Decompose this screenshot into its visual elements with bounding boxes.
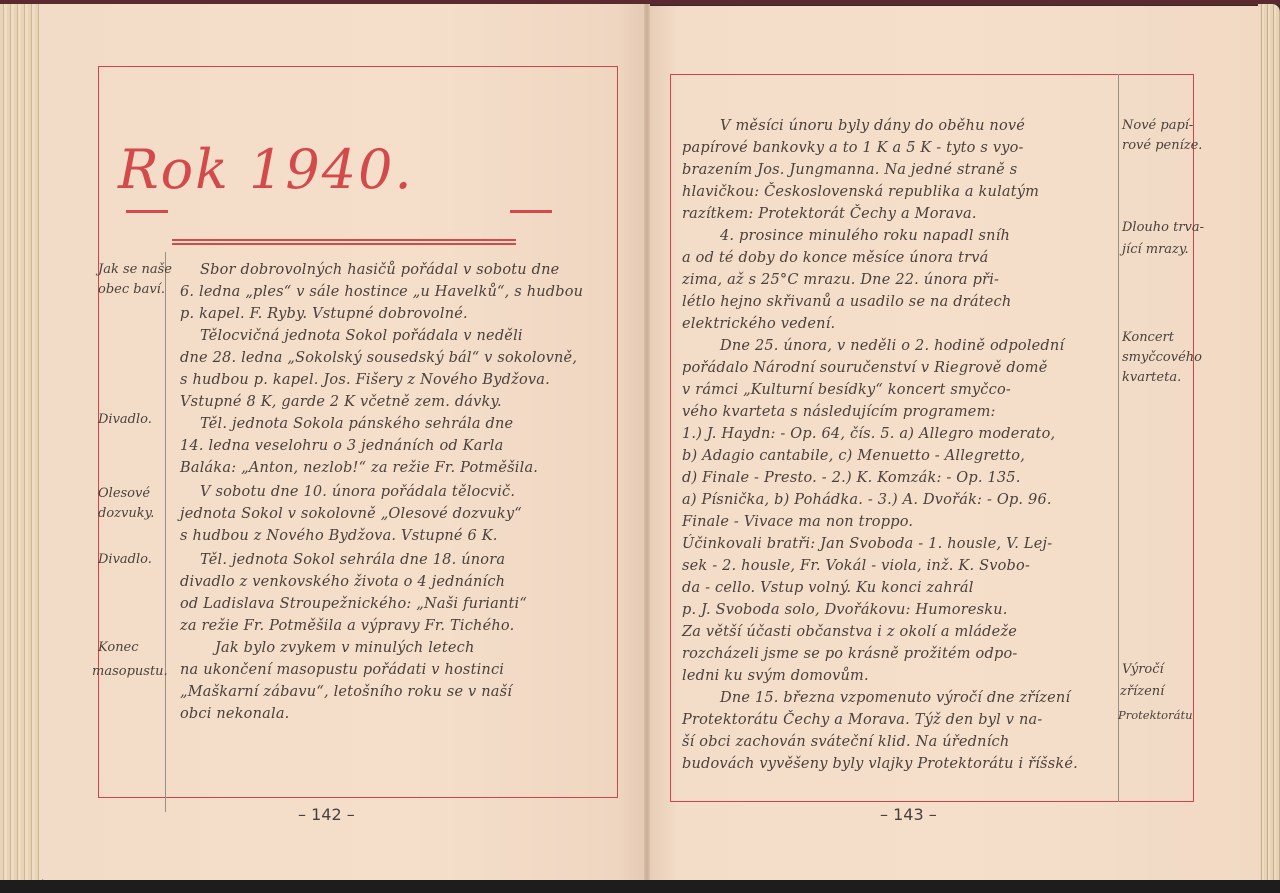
margin-note: Divadlo.: [98, 552, 152, 567]
margin-note: Výročí: [1122, 662, 1164, 677]
text-line: sek - 2. housle, Fr. Vokál - viola, inž.…: [682, 558, 1030, 574]
text-line: a) Písnička, b) Pohádka. - 3.) A. Dvořák…: [682, 492, 1052, 508]
text-line: 4. prosince minulého roku napadl sníh: [720, 228, 1010, 244]
text-line: budovách vyvěšeny byly vlajky Protektorá…: [682, 756, 1078, 772]
margin-note: kvarteta.: [1122, 370, 1181, 385]
text-line: Dne 15. března vzpomenuto výročí dne zří…: [720, 690, 1070, 706]
text-line: p. J. Svoboda solo, Dvořákovu: Humoresku…: [682, 602, 1008, 618]
page-edges-right: [1258, 4, 1280, 882]
margin-note: dozvuky.: [98, 506, 154, 521]
text-line: da - cello. Vstup volný. Ku konci zahrál: [682, 580, 974, 596]
text-line: Za větší účasti občanstva i z okolí a ml…: [682, 624, 1017, 640]
margin-note: masopustu.: [92, 664, 168, 679]
text-line: obci nekonala.: [180, 706, 290, 722]
margin-note: Divadlo.: [98, 412, 152, 427]
book-gutter: [644, 4, 650, 880]
text-line: Finale - Vivace ma non troppo.: [682, 514, 913, 530]
title-underline: [172, 239, 516, 241]
text-line: papírové bankovky a to 1 K a 5 K - tyto …: [682, 140, 1024, 156]
text-line: divadlo z venkovského života o 4 jednání…: [180, 574, 505, 590]
text-line: Tělocvičná jednota Sokol pořádala v nedě…: [200, 328, 523, 344]
text-line: jednota Sokol v sokolovně „Olesové dozvu…: [180, 506, 522, 522]
margin-note: Konec: [98, 640, 139, 655]
margin-note: obec baví.: [98, 282, 165, 297]
text-line: v rámci „Kulturní besídky“ koncert smyčc…: [682, 382, 1011, 398]
text-line: „Maškarní zábavu“, letošního roku se v n…: [180, 684, 512, 700]
text-line: Protektorátu Čechy a Morava. Týž den byl…: [682, 712, 1042, 728]
text-line: elektrického vedení.: [682, 316, 835, 332]
margin-note: Dlouho trva-: [1122, 220, 1204, 235]
text-line: Účinkovali bratři: Jan Svoboda - 1. hous…: [682, 536, 1052, 552]
margin-note: zřízení: [1120, 684, 1164, 699]
title-dash-right: [510, 210, 552, 213]
margin-note: Olesové: [98, 486, 150, 501]
margin-note: Koncert: [1122, 330, 1174, 345]
text-line: hlavičkou: Československá republika a ku…: [682, 184, 1039, 200]
text-line: Dne 25. února, v neděli o 2. hodině odpo…: [720, 338, 1064, 354]
text-line: a od té doby do konce měsíce února trvá: [682, 250, 988, 266]
page-title: Rok 1940.: [118, 138, 414, 201]
text-line: od Ladislava Stroupežnického: „Naši furi…: [180, 596, 527, 612]
text-line: Baláka: „Anton, nezlob!“ za režie Fr. Po…: [180, 460, 538, 476]
page-edges-left: [0, 4, 42, 882]
text-line: s hudbou p. kapel. Jos. Fišery z Nového …: [180, 372, 550, 388]
text-line: zima, až s 25°C mrazu. Dne 22. února při…: [682, 272, 999, 288]
text-line: dne 28. ledna „Sokolský sousedský bál“ v…: [180, 350, 577, 366]
background-surface: [0, 880, 1280, 893]
page-number-right: – 143 –: [880, 805, 937, 824]
margin-note: jící mrazy.: [1122, 242, 1189, 257]
text-line: vého kvarteta s následujícím programem:: [682, 404, 996, 420]
text-line: p. kapel. F. Ryby. Vstupné dobrovolné.: [180, 306, 468, 322]
text-line: pořádalo Národní souručenství v Riegrově…: [682, 360, 1047, 376]
text-line: b) Adagio cantabile, c) Menuetto - Alleg…: [682, 448, 1025, 464]
text-line: rozcházeli jsme se po krásně prožitém od…: [682, 646, 1017, 662]
text-line: ledni ku svým domovům.: [682, 668, 869, 684]
page-number-left: – 142 –: [298, 805, 355, 824]
title-underline: [172, 243, 516, 245]
text-line: za režie Fr. Potměšila a výpravy Fr. Tic…: [180, 618, 514, 634]
margin-note: Jak se naše: [98, 262, 172, 277]
text-line: 14. ledna veselohru o 3 jednáních od Kar…: [180, 438, 503, 454]
title-dash-left: [126, 210, 168, 213]
text-line: Jak bylo zvykem v minulých letech: [215, 640, 475, 656]
text-line: V měsíci únoru byly dány do oběhu nové: [720, 118, 1025, 134]
margin-note: Nové papí-: [1122, 118, 1193, 133]
text-line: s hudbou z Nového Bydžova. Vstupné 6 K.: [180, 528, 498, 544]
text-line: ší obci zachován sváteční klid. Na úředn…: [682, 734, 1009, 750]
text-line: 1.) J. Haydn: - Op. 64, čís. 5. a) Alleg…: [682, 426, 1055, 442]
text-line: brazením Jos. Jungmanna. Na jedné straně…: [682, 162, 1017, 178]
text-line: létlo hejno skřivanů a usadilo se na drá…: [682, 294, 1011, 310]
text-line: d) Finale - Presto. - 2.) K. Komzák: - O…: [682, 470, 1021, 486]
margin-note: smyčcového: [1122, 350, 1202, 365]
text-line: razítkem: Protektorát Čechy a Morava.: [682, 206, 977, 222]
open-book: Rok 1940. Jak se naše obec baví. Divadlo…: [0, 0, 1280, 893]
left-margin-column-rule: [165, 252, 166, 812]
text-line: Těl. jednota Sokol sehrála dne 18. února: [200, 552, 505, 568]
text-line: 6. ledna „ples“ v sále hostince „u Havel…: [180, 284, 583, 300]
margin-note: Protektorátu: [1118, 708, 1192, 722]
text-line: V sobotu dne 10. února pořádala tělocvič…: [200, 484, 515, 500]
text-line: na ukončení masopustu pořádati v hostinc…: [180, 662, 504, 678]
right-margin-column-rule: [1118, 74, 1119, 802]
text-line: Sbor dobrovolných hasičů pořádal v sobot…: [200, 262, 559, 278]
text-line: Vstupné 8 K, garde 2 K včetně zem. dávky…: [180, 394, 502, 410]
text-line: Těl. jednota Sokola pánského sehrála dne: [200, 416, 513, 432]
margin-note: rové peníze.: [1122, 138, 1202, 153]
